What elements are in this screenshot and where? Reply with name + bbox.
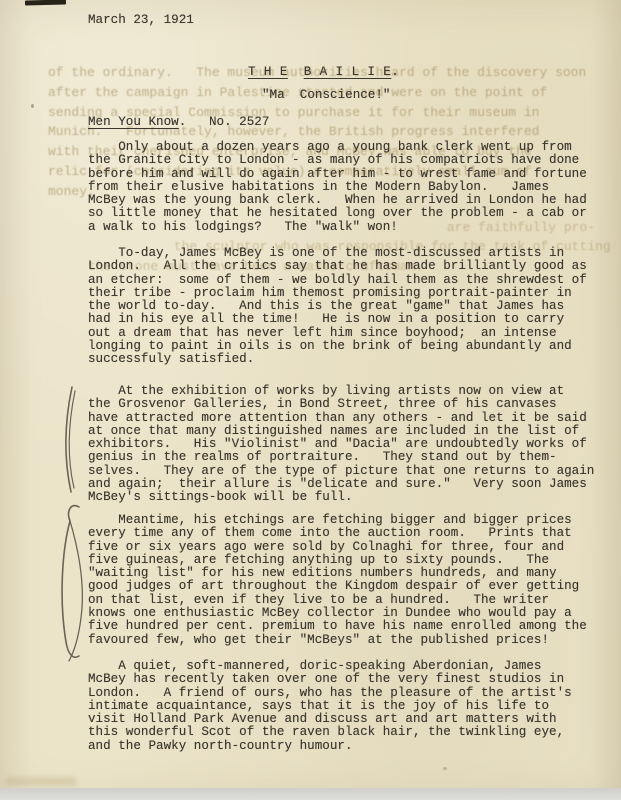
paragraph-2: To-day, James McBey is one of the most-d…: [88, 247, 587, 367]
paragraph-3: At the exhibition of works by living art…: [88, 385, 594, 505]
document-page: of the ordinary. The museum authorities …: [0, 0, 621, 800]
scanner-bed: [0, 788, 621, 800]
document-body: Only about a dozen years ago a young ban…: [0, 0, 621, 800]
bleed-through-smudge: [5, 777, 77, 786]
paragraph-1: Only about a dozen years ago a young ban…: [88, 141, 587, 234]
paragraph-5: A quiet, soft-mannered, doric-speaking A…: [88, 660, 572, 753]
ink-speck: [443, 767, 447, 770]
ink-speck: [31, 104, 34, 108]
paragraph-4: Meantime, his etchings are fetching bigg…: [88, 514, 587, 647]
